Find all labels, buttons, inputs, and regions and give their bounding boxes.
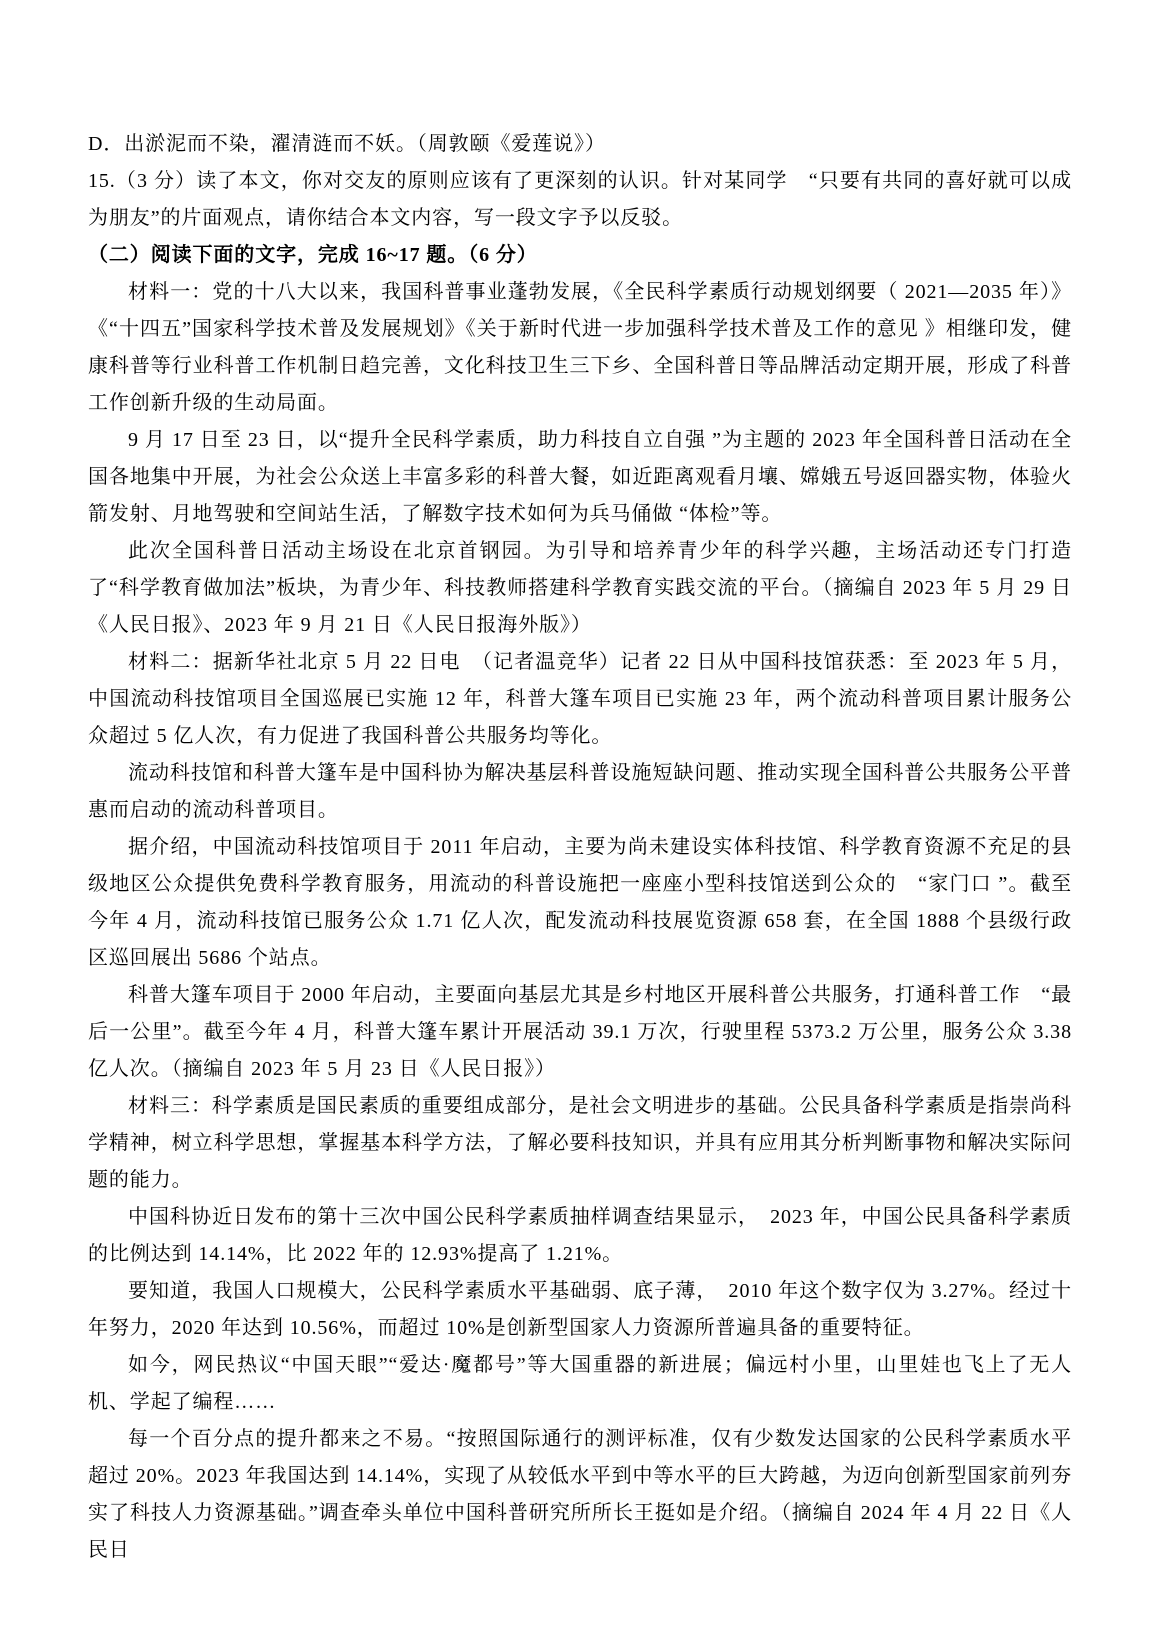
material-2-para-1: 材料二：据新华社北京 5 月 22 日电 （记者温竞华）记者 22 日从中国科技… xyxy=(88,644,1072,755)
document-page: D．出淤泥而不染，濯清涟而不妖。（周敦颐《爱莲说》） 15.（3 分）读了本文，… xyxy=(0,0,1158,1638)
question-15: 15.（3 分）读了本文，你对交友的原则应该有了更深刻的认识。针对某同学 “只要… xyxy=(88,163,1072,237)
material-2-para-3: 据介绍，中国流动科技馆项目于 2011 年启动，主要为尚未建设实体科技馆、科学教… xyxy=(88,829,1072,977)
material-3-para-5: 每一个百分点的提升都来之不易。“按照国际通行的测评标准，仅有少数发达国家的公民科… xyxy=(88,1421,1072,1569)
material-3-para-4: 如今，网民热议“中国天眼”“爱达·魔都号”等大国重器的新进展；偏远村小里，山里娃… xyxy=(88,1347,1072,1421)
material-1-para-3: 此次全国科普日活动主场设在北京首钢园。为引导和培养青少年的科学兴趣，主场活动还专… xyxy=(88,533,1072,644)
material-3-para-1: 材料三：科学素质是国民素质的重要组成部分，是社会文明进步的基础。公民具备科学素质… xyxy=(88,1088,1072,1199)
material-2-para-4: 科普大篷车项目于 2000 年启动，主要面向基层尤其是乡村地区开展科普公共服务，… xyxy=(88,977,1072,1088)
material-3-para-3: 要知道，我国人口规模大，公民科学素质水平基础弱、底子薄， 2010 年这个数字仅… xyxy=(88,1273,1072,1347)
material-1-para-2: 9 月 17 日至 23 日，以“提升全民科学素质，助力科技自立自强 ”为主题的… xyxy=(88,422,1072,533)
material-1-para-1: 材料一：党的十八大以来，我国科普事业蓬勃发展，《全民科学素质行动规划纲要（ 20… xyxy=(88,274,1072,422)
section-2-heading: （二）阅读下面的文字，完成 16~17 题。（6 分） xyxy=(88,237,1072,274)
material-2-para-2: 流动科技馆和科普大篷车是中国科协为解决基层科普设施短缺问题、推动实现全国科普公共… xyxy=(88,755,1072,829)
option-d: D．出淤泥而不染，濯清涟而不妖。（周敦颐《爱莲说》） xyxy=(88,126,1072,163)
material-3-para-2: 中国科协近日发布的第十三次中国公民科学素质抽样调查结果显示， 2023 年，中国… xyxy=(88,1199,1072,1273)
document-body: D．出淤泥而不染，濯清涟而不妖。（周敦颐《爱莲说》） 15.（3 分）读了本文，… xyxy=(88,126,1072,1569)
